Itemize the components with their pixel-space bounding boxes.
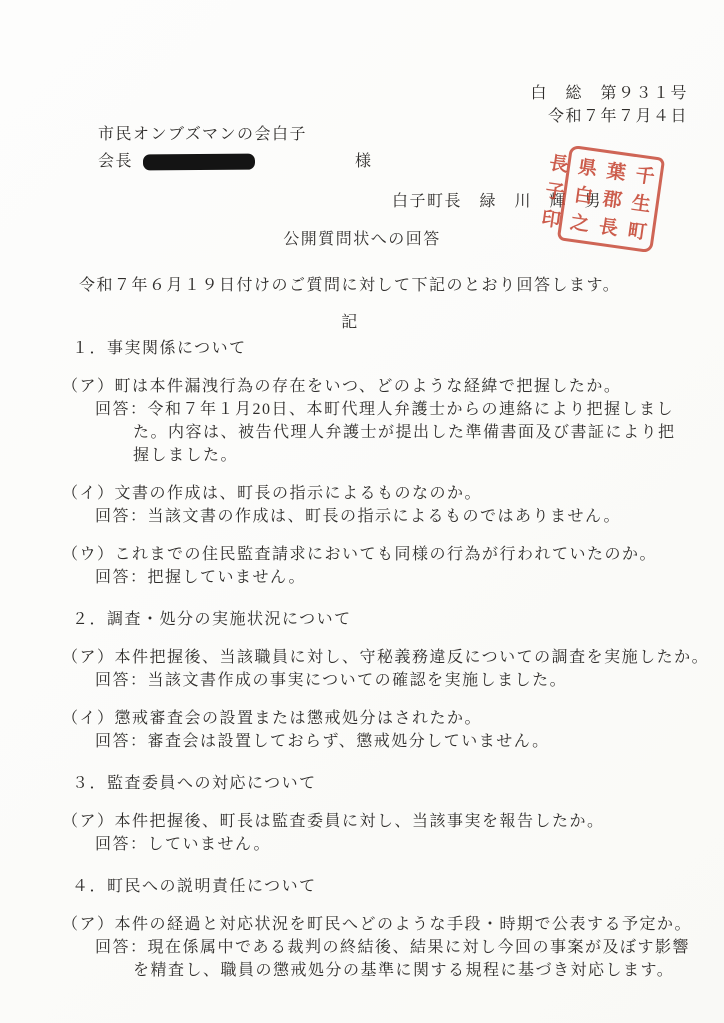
answer-line: を精査し、職員の懲戒処分の基準に関する規程に基づき対応します。	[133, 959, 694, 982]
question-answer: （イ）懲戒審査会の設置または懲戒処分はされたか。 回答：審査会は設置しておらず、…	[62, 707, 694, 753]
document-body: １．事実関係について （ア）町は本件漏洩行為の存在をいつ、どのような経緯で把握し…	[62, 334, 694, 982]
document-date: 令和７年７月４日	[530, 105, 688, 128]
answer-line: 回答：していません。	[95, 833, 694, 856]
section-1: １．事実関係について （ア）町は本件漏洩行為の存在をいつ、どのような経緯で把握し…	[62, 337, 694, 589]
answer-line: 回答：当該文書作成の事実についての確認を実施しました。	[95, 669, 694, 692]
recipient-block: 市民オンブズマンの会白子 会長 様	[98, 123, 373, 173]
question-line: （イ）文書の作成は、町長の指示によるものなのか。	[62, 482, 694, 505]
intro-text: 令和７年６月１９日付けのご質問に対して下記のとおり回答します。	[79, 277, 620, 294]
answer-line: 握しました。	[133, 444, 694, 467]
section-2: ２．調査・処分の実施状況について （ア）本件把握後、当該職員に対し、守秘義務違反…	[62, 608, 694, 753]
question-answer: （イ）文書の作成は、町長の指示によるものなのか。 回答：当該文書の作成は、町長の…	[62, 482, 694, 528]
scanned-letter-page: 白 総 第９３１号 令和７年７月４日 市民オンブズマンの会白子 会長 様 白子町…	[0, 0, 724, 1023]
question-answer: （ア）本件把握後、町長は監査委員に対し、当該事実を報告したか。 回答：していませ…	[62, 810, 694, 856]
section-heading: ４．町民への説明責任について	[72, 875, 694, 898]
answer-line: 回答：現在係属中である裁判の終結後、結果に対し今回の事案が及ぼす影響	[95, 936, 694, 959]
recipient-title: 会長	[98, 150, 133, 173]
recipient-organization: 市民オンブズマンの会白子	[98, 123, 373, 146]
section-3: ３．監査委員への対応について （ア）本件把握後、町長は監査委員に対し、当該事実を…	[62, 772, 694, 856]
question-line: （ウ）これまでの住民監査請求においても同様の行為が行われていたのか。	[62, 543, 694, 566]
document-header: 白 総 第９３１号 令和７年７月４日	[530, 82, 688, 128]
answer-line: 回答：当該文書の作成は、町長の指示によるものではありません。	[95, 505, 694, 528]
section-4: ４．町民への説明責任について （ア）本件の経過と対応状況を町民へどのような手段・…	[62, 875, 694, 982]
intro-paragraph: 令和７年６月１９日付けのご質問に対して下記のとおり回答します。	[62, 274, 620, 297]
document-number: 白 総 第９３１号	[530, 82, 688, 105]
question-line: （ア）町は本件漏洩行為の存在をいつ、どのような経緯で把握したか。	[62, 375, 694, 398]
answer-line: た。内容は、被告代理人弁護士が提出した準備書面及び書証により把	[133, 421, 694, 444]
section-heading: ２．調査・処分の実施状況について	[72, 608, 694, 631]
question-line: （ア）本件把握後、当該職員に対し、守秘義務違反についての調査を実施したか。	[62, 646, 694, 669]
question-answer: （ア）町は本件漏洩行為の存在をいつ、どのような経緯で把握したか。 回答：令和７年…	[62, 375, 694, 467]
question-answer: （ア）本件把握後、当該職員に対し、守秘義務違反についての調査を実施したか。 回答…	[62, 646, 694, 692]
answer-line: 回答：把握していません。	[95, 566, 694, 589]
document-title: 公開質問状への回答	[0, 228, 724, 251]
question-answer: （ア）本件の経過と対応状況を町民へどのような手段・時期で公表する予定か。 回答：…	[62, 913, 694, 982]
question-line: （イ）懲戒審査会の設置または懲戒処分はされたか。	[62, 707, 694, 730]
section-heading: １．事実関係について	[72, 337, 694, 360]
answer-line: 回答：審査会は設置しておらず、懲戒処分していません。	[95, 730, 694, 753]
redacted-name	[143, 153, 255, 170]
recipient-honorific: 様	[355, 150, 373, 173]
answer-line: 回答：令和７年１月20日、本町代理人弁護士からの連絡により把握しまし	[95, 398, 694, 421]
question-answer: （ウ）これまでの住民監査請求においても同様の行為が行われていたのか。 回答：把握…	[62, 543, 694, 589]
recipient-line: 会長 様	[98, 150, 373, 173]
record-marker: 記	[0, 311, 700, 334]
question-line: （ア）本件の経過と対応状況を町民へどのような手段・時期で公表する予定か。	[62, 913, 694, 936]
question-line: （ア）本件把握後、町長は監査委員に対し、当該事実を報告したか。	[62, 810, 694, 833]
section-heading: ３．監査委員への対応について	[72, 772, 694, 795]
